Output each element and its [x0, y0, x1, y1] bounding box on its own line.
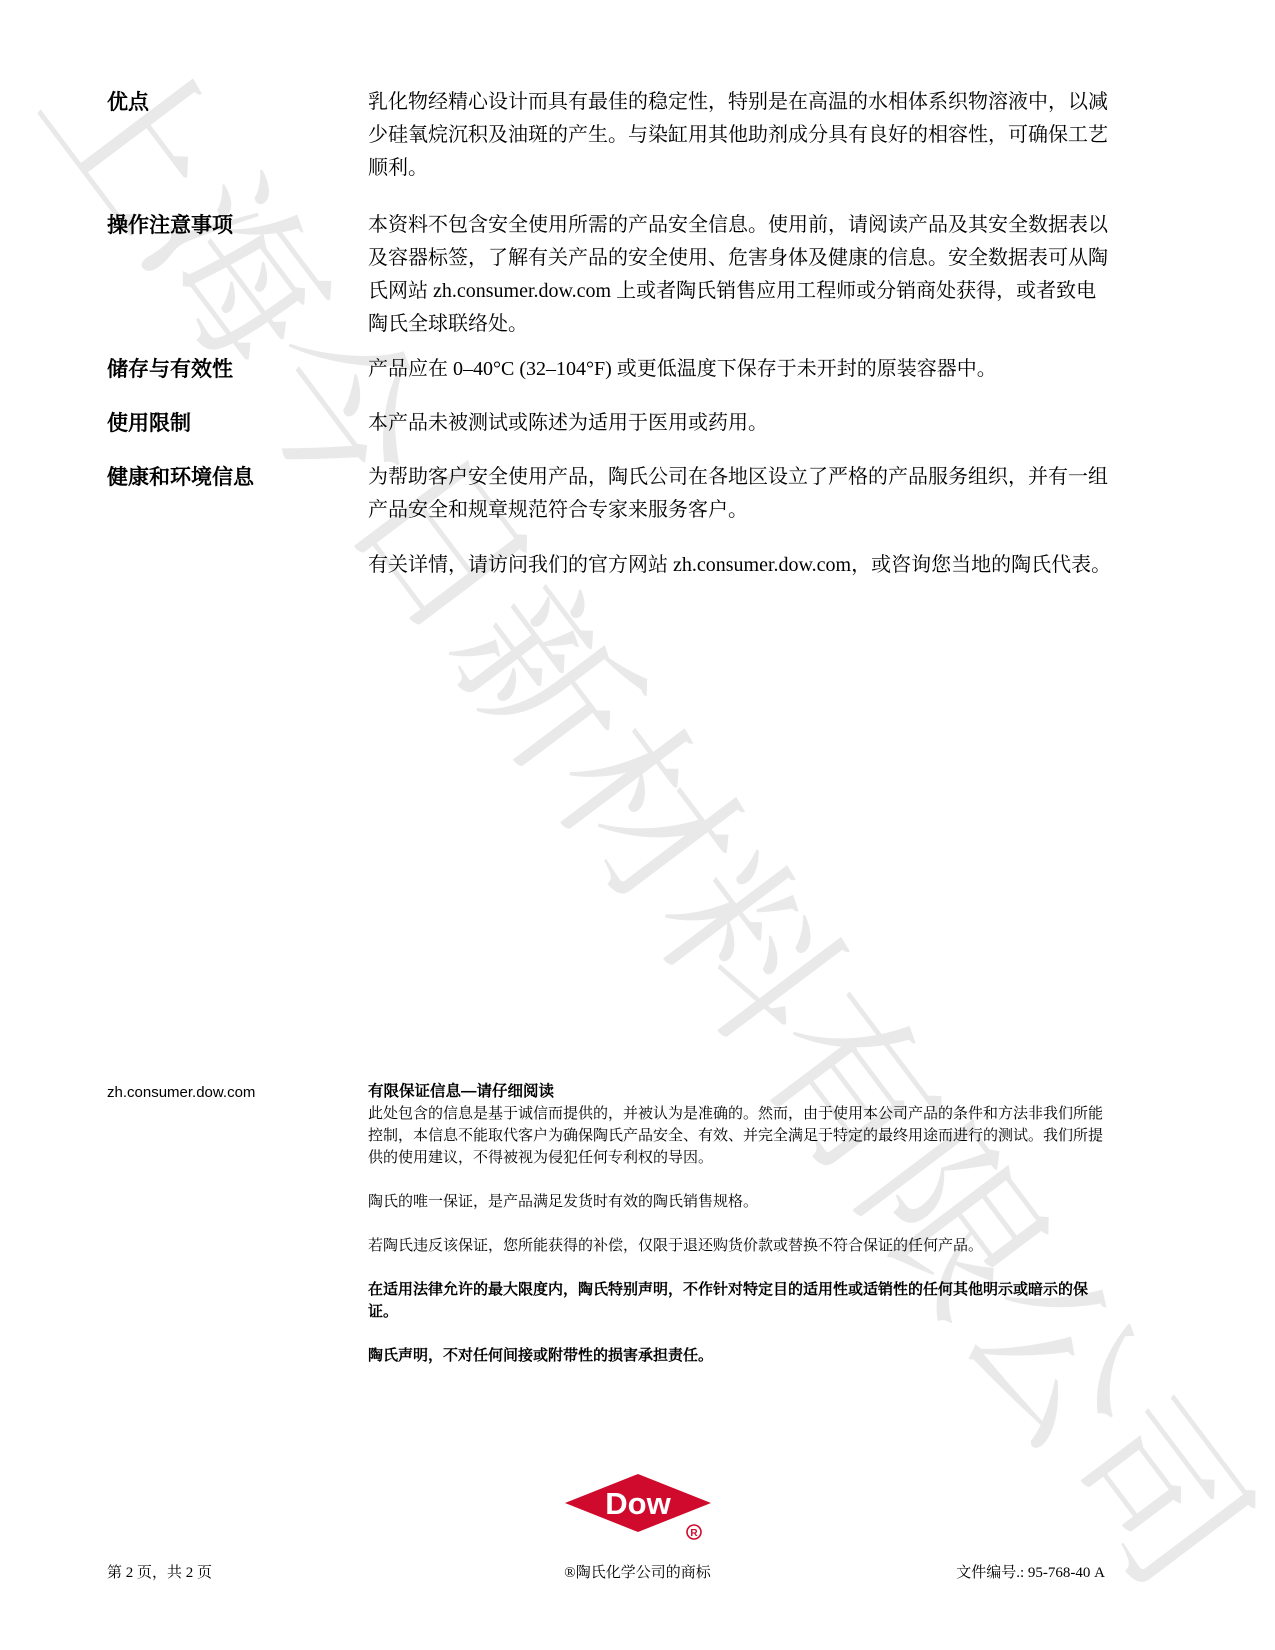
- section-storage-shelf-life: 储存与有效性 产品应在 0–40°C (32–104°F) 或更低温度下保存于未…: [107, 353, 1112, 386]
- section-use-limitations: 使用限制 本产品未被测试或陈述为适用于医用或药用。: [107, 407, 1112, 440]
- paragraph: 为帮助客户安全使用产品，陶氏公司在各地区设立了严格的产品服务组织，并有一组产品安…: [368, 461, 1112, 527]
- paragraph: 乳化物经精心设计而具有最佳的稳定性，特别是在高温的水相体系织物溶液中，以减少硅氧…: [368, 86, 1112, 185]
- warranty-heading: 有限保证信息—请仔细阅读: [368, 1080, 1112, 1103]
- section-heading: 储存与有效性: [107, 353, 368, 386]
- section-body: 本资料不包含安全使用所需的产品安全信息。使用前，请阅读产品及其安全数据表以及容器…: [368, 209, 1112, 341]
- section-heading: 健康和环境信息: [107, 461, 368, 582]
- limited-warranty-block: 有限保证信息—请仔细阅读 此处包含的信息是基于诚信而提供的，并被认为是准确的。然…: [368, 1080, 1112, 1367]
- section-health-environment: 健康和环境信息 为帮助客户安全使用产品，陶氏公司在各地区设立了严格的产品服务组织…: [107, 461, 1112, 582]
- paragraph: 本资料不包含安全使用所需的产品安全信息。使用前，请阅读产品及其安全数据表以及容器…: [368, 209, 1112, 341]
- registered-mark-icon: R: [690, 1528, 698, 1539]
- page-footer: 第 2 页，共 2 页 ®陶氏化学公司的商标 文件编号.: 95-768-40 …: [0, 1562, 1275, 1586]
- section-body: 本产品未被测试或陈述为适用于医用或药用。: [368, 407, 1112, 440]
- warranty-paragraph: 若陶氏违反该保证，您所能获得的补偿，仅限于退还购货价款或替换不符合保证的任何产品…: [368, 1235, 1112, 1257]
- section-body: 乳化物经精心设计而具有最佳的稳定性，特别是在高温的水相体系织物溶液中，以减少硅氧…: [368, 86, 1112, 185]
- document-page: 上海今日新材料有限公司 优点 乳化物经精心设计而具有最佳的稳定性，特别是在高温的…: [0, 0, 1275, 1650]
- warranty-liability-disclaimer: 陶氏声明，不对任何间接或附带性的损害承担责任。: [368, 1345, 1112, 1367]
- warranty-disclaimer: 在适用法律允许的最大限度内，陶氏特别声明，不作针对特定目的适用性或适销性的任何其…: [368, 1279, 1112, 1323]
- paragraph: 有关详情，请访问我们的官方网站 zh.consumer.dow.com，或咨询您…: [368, 549, 1112, 582]
- warranty-paragraph: 陶氏的唯一保证，是产品满足发货时有效的陶氏销售规格。: [368, 1191, 1112, 1213]
- section-body: 为帮助客户安全使用产品，陶氏公司在各地区设立了严格的产品服务组织，并有一组产品安…: [368, 461, 1112, 582]
- paragraph: 产品应在 0–40°C (32–104°F) 或更低温度下保存于未开封的原装容器…: [368, 353, 1112, 386]
- warranty-paragraph: 此处包含的信息是基于诚信而提供的，并被认为是准确的。然而，由于使用本公司产品的条…: [368, 1103, 1112, 1169]
- paragraph: 本产品未被测试或陈述为适用于医用或药用。: [368, 407, 1112, 440]
- section-handling-precautions: 操作注意事项 本资料不包含安全使用所需的产品安全信息。使用前，请阅读产品及其安全…: [107, 209, 1112, 341]
- footer-doc-number: 文件编号.: 95-768-40 A: [956, 1562, 1105, 1584]
- section-heading: 使用限制: [107, 407, 368, 440]
- dow-logo: Dow R: [563, 1472, 713, 1544]
- dow-logo-text: Dow: [605, 1486, 671, 1521]
- section-heading: 优点: [107, 86, 368, 185]
- dow-diamond-icon: Dow R: [563, 1472, 713, 1544]
- section-heading: 操作注意事项: [107, 209, 368, 341]
- section-advantages: 优点 乳化物经精心设计而具有最佳的稳定性，特别是在高温的水相体系织物溶液中，以减…: [107, 86, 1112, 185]
- section-body: 产品应在 0–40°C (32–104°F) 或更低温度下保存于未开封的原装容器…: [368, 353, 1112, 386]
- website-label: zh.consumer.dow.com: [107, 1082, 255, 1104]
- content-layer: 优点 乳化物经精心设计而具有最佳的稳定性，特别是在高温的水相体系织物溶液中，以减…: [0, 0, 1275, 1650]
